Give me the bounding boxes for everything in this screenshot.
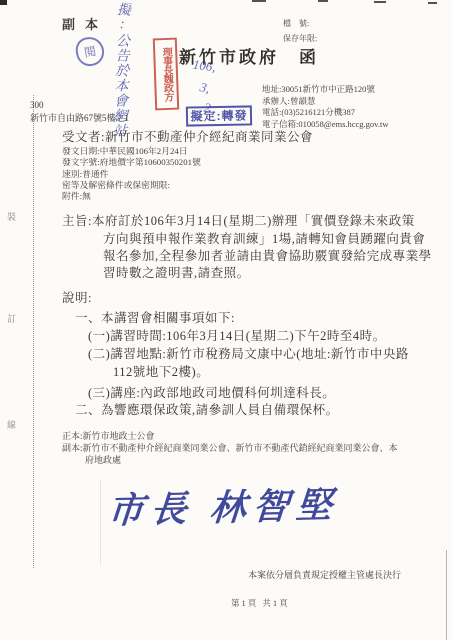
- subject-line: 方向與預申報作業教育訓練」1場,請轉知會員踴躍向貴會: [103, 229, 425, 247]
- description-sub-3: (三)講座:內政部地政司地價科何圳達科長。: [88, 383, 335, 401]
- page-crease: [100, 480, 101, 565]
- binding-mark: 訂: [7, 312, 16, 325]
- speed-class: 速別:普通件: [62, 169, 201, 180]
- subject-line: 報名參加,全程參加者並請由貴會協助覈實發給完成專業學: [103, 246, 432, 264]
- description-sub-2: (二)講習地點:新竹市稅務局文康中心(地址:新竹市中央路: [88, 344, 409, 362]
- scan-artifact: [318, 0, 328, 2]
- file-number-label: 檔 號:: [283, 18, 309, 29]
- contact-phone: 電話:(03)5216121分機387: [262, 107, 389, 119]
- recipient-street: 新竹市自由路67號5樓之1: [30, 111, 129, 124]
- binding-mark: 線: [7, 418, 16, 431]
- scanned-official-letter: 裝 訂 線 副本 擬:公告於本會網站 閱 理事長魏政方 106, 3, 2 擬定…: [0, 0, 452, 640]
- description-heading: 說明:: [62, 288, 92, 306]
- description-item-2: 二、為響應環保政策,請參訓人員自備環保杯。: [75, 400, 339, 418]
- decision-stamp: 擬定:轉發: [186, 105, 252, 126]
- description-sub-2-cont: 112號地下2樓)。: [113, 362, 209, 380]
- page-number: 第1頁 共1頁: [231, 597, 290, 609]
- scan-artifact: [374, 1, 386, 3]
- handwritten-date-part: 3,: [198, 79, 211, 97]
- binding-mark: 裝: [7, 210, 16, 223]
- issue-date: 發文日期:中華民國106年2月24日: [62, 146, 201, 157]
- page-edge-shadow: [446, 550, 447, 640]
- security-class: 密等及解密條件或保密期限:: [62, 180, 201, 191]
- binding-dotted-line: [33, 95, 34, 568]
- contact-block: 地址:30051新竹市中正路120號 承辦人:曾韻慧 電話:(03)521612…: [262, 84, 389, 130]
- document-title: 新竹市政府 函: [179, 43, 319, 68]
- description-sub-1: (一)講習時間:106年3月14日(星期二)下午2時至4時。: [88, 326, 386, 344]
- scan-artifact: [0, 0, 7, 5]
- contact-address: 地址:30051新竹市中正路120號: [262, 84, 389, 96]
- recipient-line: 受文者:新竹市不動產仲介經紀商業同業公會: [62, 127, 313, 145]
- recipient-zip: 300: [30, 100, 44, 110]
- contact-person: 承辦人:曾韻慧: [262, 96, 389, 108]
- description-item-1: 一、本講習會相關事項如下:: [75, 308, 235, 326]
- subject-line: 主旨:本府訂於106年3月14日(星期二)辦理「實價登錄未來政策: [62, 211, 415, 229]
- scan-artifact: [252, 0, 266, 2]
- scan-artifact: [428, 2, 437, 4]
- mayor-signature: 市長 林智堅: [106, 477, 342, 534]
- chairman-red-stamp: 理事長魏政方: [153, 38, 179, 111]
- subject-line: 習時數之證明書,請查照。: [103, 263, 250, 281]
- review-stamp: 閱: [74, 35, 107, 68]
- delegation-note: 本案依分層負責規定授權主管處長決行: [248, 568, 401, 581]
- distribution-copy-cont: 府地政處: [85, 453, 121, 466]
- meta-block: 發文日期:中華民國106年2月24日 發文字號:府地價字第10600350201…: [62, 146, 201, 202]
- attachment: 附件:無: [62, 191, 201, 202]
- doc-number: 發文字號:府地價字第10600350201號: [62, 157, 201, 168]
- copy-label: 副本: [62, 14, 108, 33]
